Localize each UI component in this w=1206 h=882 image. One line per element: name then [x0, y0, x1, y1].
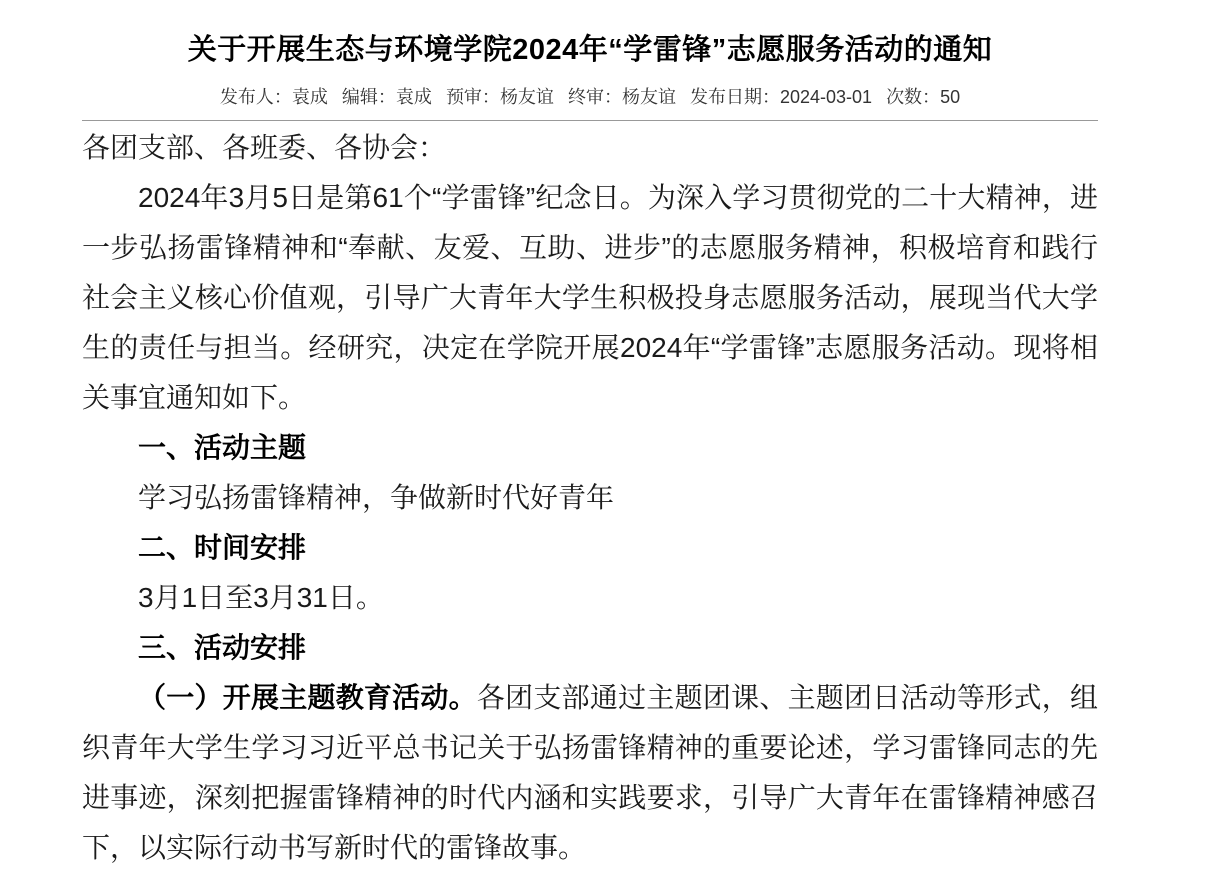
- meta-label-publisher: 发布人：: [220, 87, 292, 107]
- meta-label-publish-date: 发布日期：: [690, 87, 780, 107]
- document-header: 关于开展生态与环境学院2024年“学雷锋”志愿服务活动的通知 发布人：袁成 编辑…: [82, 0, 1098, 121]
- meta-value-publish-date: 2024-03-01: [780, 87, 872, 107]
- meta-value-pre-reviewer: 杨友谊: [500, 87, 554, 107]
- arrangement-item-1: （一）开展主题教育活动。各团支部通过主题团课、主题团日活动等形式，组织青年大学生…: [82, 673, 1098, 873]
- section-heading-activity-arrangement: 三、活动安排: [82, 623, 1098, 673]
- page-title: 关于开展生态与环境学院2024年“学雷锋”志愿服务活动的通知: [82, 28, 1098, 72]
- meta-value-final-reviewer: 杨友谊: [622, 87, 676, 107]
- section-heading-activity-theme: 一、活动主题: [82, 423, 1098, 473]
- salutation: 各团支部、各班委、各协会：: [82, 123, 1098, 173]
- meta-value-publisher: 袁成: [292, 87, 328, 107]
- notice-document: 关于开展生态与环境学院2024年“学雷锋”志愿服务活动的通知 发布人：袁成 编辑…: [82, 0, 1098, 873]
- meta-item-view-count: 次数：50: [886, 87, 960, 107]
- meta-item-pre-reviewer: 预审：杨友谊: [446, 87, 559, 107]
- arrangement-item-1-lead: （一）开展主题教育活动。: [138, 682, 477, 713]
- meta-bar: 发布人：袁成 编辑：袁成 预审：杨友谊 终审：杨友谊 发布日期：2024-03-…: [82, 84, 1098, 110]
- meta-value-editor: 袁成: [396, 87, 432, 107]
- time-schedule-text: 3月1日至3月31日。: [82, 573, 1098, 623]
- meta-item-publish-date: 发布日期：2024-03-01: [690, 87, 877, 107]
- meta-item-editor: 编辑：袁成: [342, 87, 437, 107]
- activity-theme-text: 学习弘扬雷锋精神，争做新时代好青年: [82, 473, 1098, 523]
- meta-item-final-reviewer: 终审：杨友谊: [568, 87, 681, 107]
- meta-label-pre-reviewer: 预审：: [446, 87, 500, 107]
- meta-label-final-reviewer: 终审：: [568, 87, 622, 107]
- meta-value-view-count: 50: [940, 87, 960, 107]
- intro-paragraph: 2024年3月5日是第61个“学雷锋”纪念日。为深入学习贯彻党的二十大精神，进一…: [82, 173, 1098, 423]
- notice-body: 各团支部、各班委、各协会： 2024年3月5日是第61个“学雷锋”纪念日。为深入…: [82, 123, 1098, 873]
- meta-label-editor: 编辑：: [342, 87, 396, 107]
- section-heading-time-schedule: 二、时间安排: [82, 523, 1098, 573]
- meta-label-view-count: 次数：: [886, 87, 940, 107]
- meta-item-publisher: 发布人：袁成: [220, 87, 333, 107]
